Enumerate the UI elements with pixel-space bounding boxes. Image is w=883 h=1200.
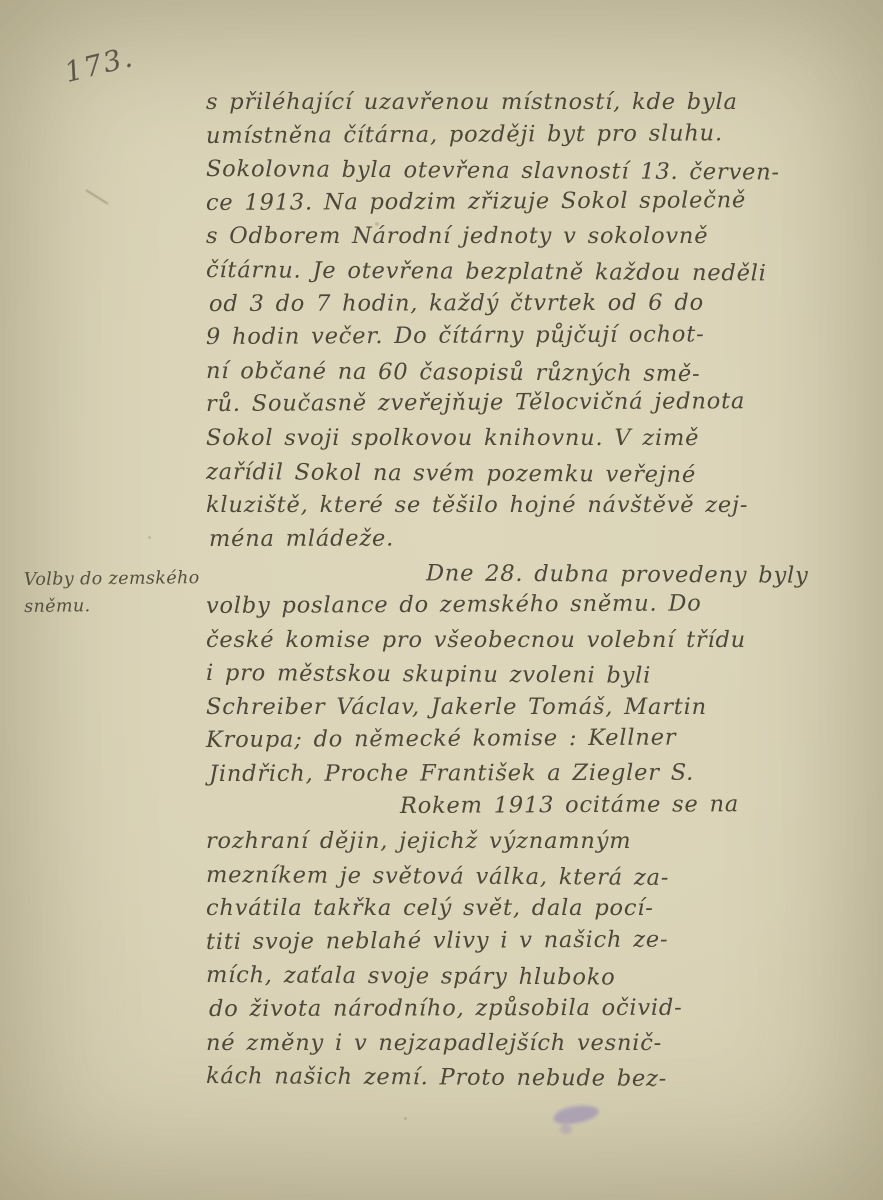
manuscript-line: chvátila takřka celý svět, dala pocí- — [206, 892, 878, 926]
page-number: 173. — [61, 40, 137, 89]
manuscript-line: rů. Současně zveřejňuje Tělocvičná jedno… — [206, 385, 878, 422]
pencil-stroke — [85, 189, 108, 204]
manuscript-line: ména mládeže. — [209, 521, 881, 556]
manuscript-line: české komise pro všeobecnou volební tříd… — [206, 624, 878, 658]
manuscript-page-scan: 173. Volby do zemského sněmu. s přiléhaj… — [0, 0, 883, 1200]
margin-note-line: sněmu. — [24, 592, 204, 621]
manuscript-line: Schreiber Václav, Jakerle Tomáš, Martin — [206, 691, 878, 725]
manuscript-line: kluziště, které se těšilo hojné návštěvě… — [206, 489, 878, 523]
margin-note-line: Volby do zemského — [24, 565, 204, 594]
manuscript-line: i pro městskou skupinu zvoleni byli — [206, 657, 878, 695]
manuscript-line: Jindřich, Proche František a Ziegler S. — [209, 756, 881, 791]
manuscript-line: mezníkem je světová válka, která za- — [206, 859, 878, 897]
manuscript-line: ce 1913. Na podzim zřizuje Sokol společn… — [206, 183, 878, 220]
manuscript-line: 9 hodin večer. Do čítárny půjčují ochot- — [206, 318, 878, 355]
manuscript-line: Kroupa; do německé komise : Kellner — [206, 721, 878, 758]
manuscript-line: rozhraní dějin, jejichž významným — [206, 825, 878, 859]
manuscript-line: s přiléhající uzavřenou místností, kde b… — [206, 86, 878, 120]
manuscript-line: od 3 do 7 hodin, každý čtvrtek od 6 do — [209, 286, 881, 321]
paper-speck — [404, 1117, 407, 1120]
manuscript-line: s Odborem Národní jednoty v sokolovně — [206, 220, 878, 254]
manuscript-body: s přiléhající uzavřenou místností, kde b… — [206, 86, 878, 1094]
manuscript-line-paragraph-start: Rokem 1913 ocitáme se na — [206, 788, 878, 825]
manuscript-line: titi svoje neblahé vlivy i v našich ze- — [206, 922, 878, 959]
manuscript-line: né změny i v nejzapadlejších vesnič- — [206, 1027, 878, 1061]
manuscript-line: do života národního, způsobila očivid- — [209, 991, 881, 1026]
paper-speck — [148, 536, 151, 539]
manuscript-line: umístněna čítárna, později byt pro sluhu… — [206, 116, 878, 153]
manuscript-line: Sokol svoji spolkovou knihovnu. V zimě — [206, 422, 878, 456]
manuscript-line: zařídil Sokol na svém pozemku veřejné — [206, 456, 878, 494]
ink-stamp-smudge-tail — [560, 1124, 572, 1134]
manuscript-line: volby poslance do zemského sněmu. Do — [206, 586, 878, 623]
ink-stamp-smudge — [552, 1103, 600, 1127]
margin-note: Volby do zemského sněmu. — [24, 565, 205, 621]
manuscript-line: kách našich zemí. Proto nebude bez- — [206, 1060, 878, 1098]
